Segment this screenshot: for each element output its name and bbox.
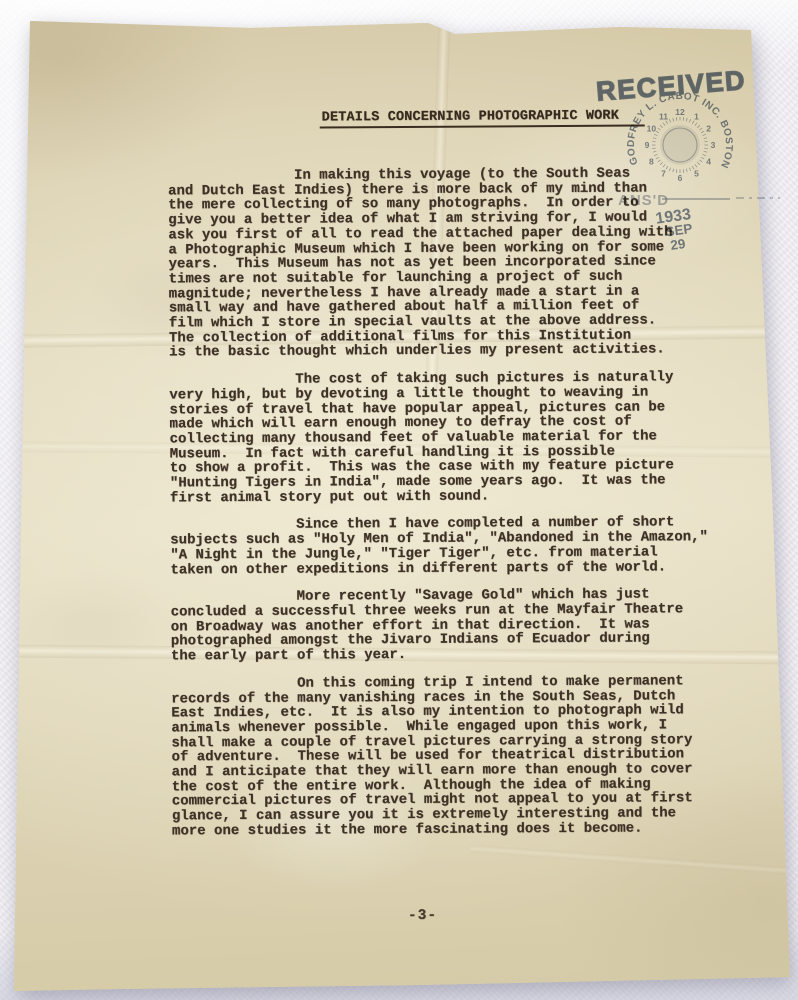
clock-tick bbox=[686, 118, 687, 121]
clock-tick bbox=[699, 128, 702, 130]
clock-number: 2 bbox=[706, 124, 711, 134]
clock-tick bbox=[660, 162, 663, 165]
clock-tick bbox=[703, 154, 706, 155]
paragraph: More recently "Savage Gold" which has ju… bbox=[171, 587, 731, 664]
clock-tick bbox=[653, 151, 656, 152]
clock-number: 9 bbox=[645, 140, 650, 150]
answered-label: ANS'D bbox=[618, 192, 669, 209]
clock-number: 1 bbox=[694, 111, 699, 121]
received-stamp-group: RECEIVED GODFREY L. CABOT INC. BOSTON OF… bbox=[570, 55, 798, 260]
clock-number: 11 bbox=[659, 111, 668, 121]
clock-tick bbox=[654, 134, 657, 135]
clock-tick bbox=[689, 119, 690, 122]
clock-tick bbox=[673, 118, 674, 121]
clock-tick bbox=[697, 125, 700, 128]
clock-number: 6 bbox=[678, 173, 683, 183]
clock-tick bbox=[683, 117, 684, 121]
stamp-ink-smudge bbox=[660, 125, 700, 165]
clock-tick bbox=[666, 166, 668, 169]
clock-tick bbox=[701, 157, 704, 159]
clock-tick bbox=[654, 154, 657, 155]
clock-number: 5 bbox=[694, 169, 699, 179]
clock-tick bbox=[697, 162, 700, 165]
clock-tick bbox=[689, 168, 690, 171]
clock-number: 4 bbox=[706, 157, 711, 167]
photo-of-document: { "document": { "title": "DETAILS CONCER… bbox=[0, 0, 798, 1000]
clock-number: 12 bbox=[675, 107, 685, 117]
clock-tick bbox=[652, 141, 656, 142]
clock-tick bbox=[704, 151, 707, 152]
clock-tick bbox=[658, 160, 661, 162]
clock-tick bbox=[686, 169, 687, 172]
clock-number: 8 bbox=[649, 157, 654, 167]
clock-tick bbox=[695, 164, 697, 167]
clock-tick bbox=[653, 138, 656, 139]
document-body: In making this voyage (to the South Seas… bbox=[168, 166, 732, 852]
clock-tick bbox=[656, 131, 659, 133]
clock-number: 7 bbox=[661, 169, 666, 179]
clock-tick bbox=[704, 138, 707, 139]
clock-tick bbox=[704, 148, 708, 149]
clock-number: 10 bbox=[647, 124, 657, 134]
date-day: 29 bbox=[669, 236, 686, 253]
clock-tick bbox=[699, 160, 702, 162]
paragraph: Since then I have completed a number of … bbox=[170, 515, 730, 577]
clock-number: 3 bbox=[711, 140, 716, 150]
clock-tick bbox=[660, 125, 663, 128]
paragraph: On this coming trip I intend to make per… bbox=[171, 674, 732, 839]
clock-tick bbox=[704, 141, 708, 142]
clock-tick bbox=[663, 164, 665, 167]
clock-tick bbox=[656, 157, 659, 159]
clock-tick bbox=[663, 123, 665, 126]
clock-tick bbox=[669, 119, 670, 122]
clock-tick bbox=[676, 117, 677, 121]
clock-tick bbox=[701, 131, 704, 133]
page-number: -3- bbox=[152, 906, 692, 925]
clock-tick bbox=[673, 169, 674, 172]
clock-tick bbox=[652, 148, 656, 149]
paragraph: The cost of taking such pictures is natu… bbox=[169, 370, 730, 506]
clock-tick bbox=[669, 168, 670, 171]
clock-tick bbox=[683, 169, 684, 173]
clock-tick bbox=[658, 128, 661, 130]
clock-tick bbox=[695, 123, 697, 126]
clock-tick bbox=[703, 134, 706, 135]
answered-date-block: ANS'D 1933 SEP 29 bbox=[618, 192, 780, 254]
